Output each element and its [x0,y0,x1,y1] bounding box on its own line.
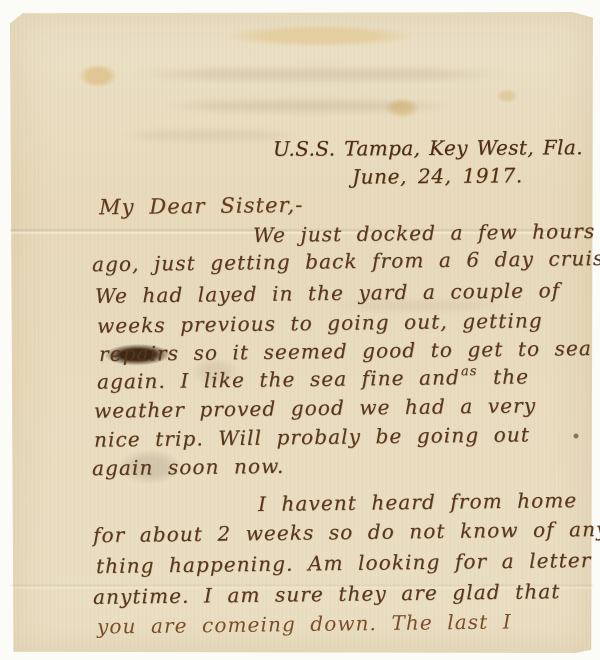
blotted-word: repairs [99,341,179,366]
letter-salutation: My Dear Sister,- [99,193,304,219]
manuscript-line-text: so it seemed good to get to sea [179,336,592,365]
ghost-text-smudge [130,68,510,81]
inserted-word-above-line: as [461,364,478,379]
manuscript-line: We just docked a few hours [253,219,596,247]
scanned-letter-page: U.S.S. Tampa, Key West, Fla. June, 24, 1… [0,0,600,660]
manuscript-line: I havent heard from home [258,488,578,516]
manuscript-line: again soon now. [92,454,285,480]
manuscript-line-text: the [478,364,529,389]
manuscript-line-text: again. I like the sea fine and [97,365,460,393]
ghost-text-smudge [160,100,460,112]
letter-heading: U.S.S. Tampa, Key West, Fla. [273,135,583,161]
letter-date: June, 24, 1917. [352,163,523,188]
manuscript-line: you are comeing down. The last I [97,609,512,638]
